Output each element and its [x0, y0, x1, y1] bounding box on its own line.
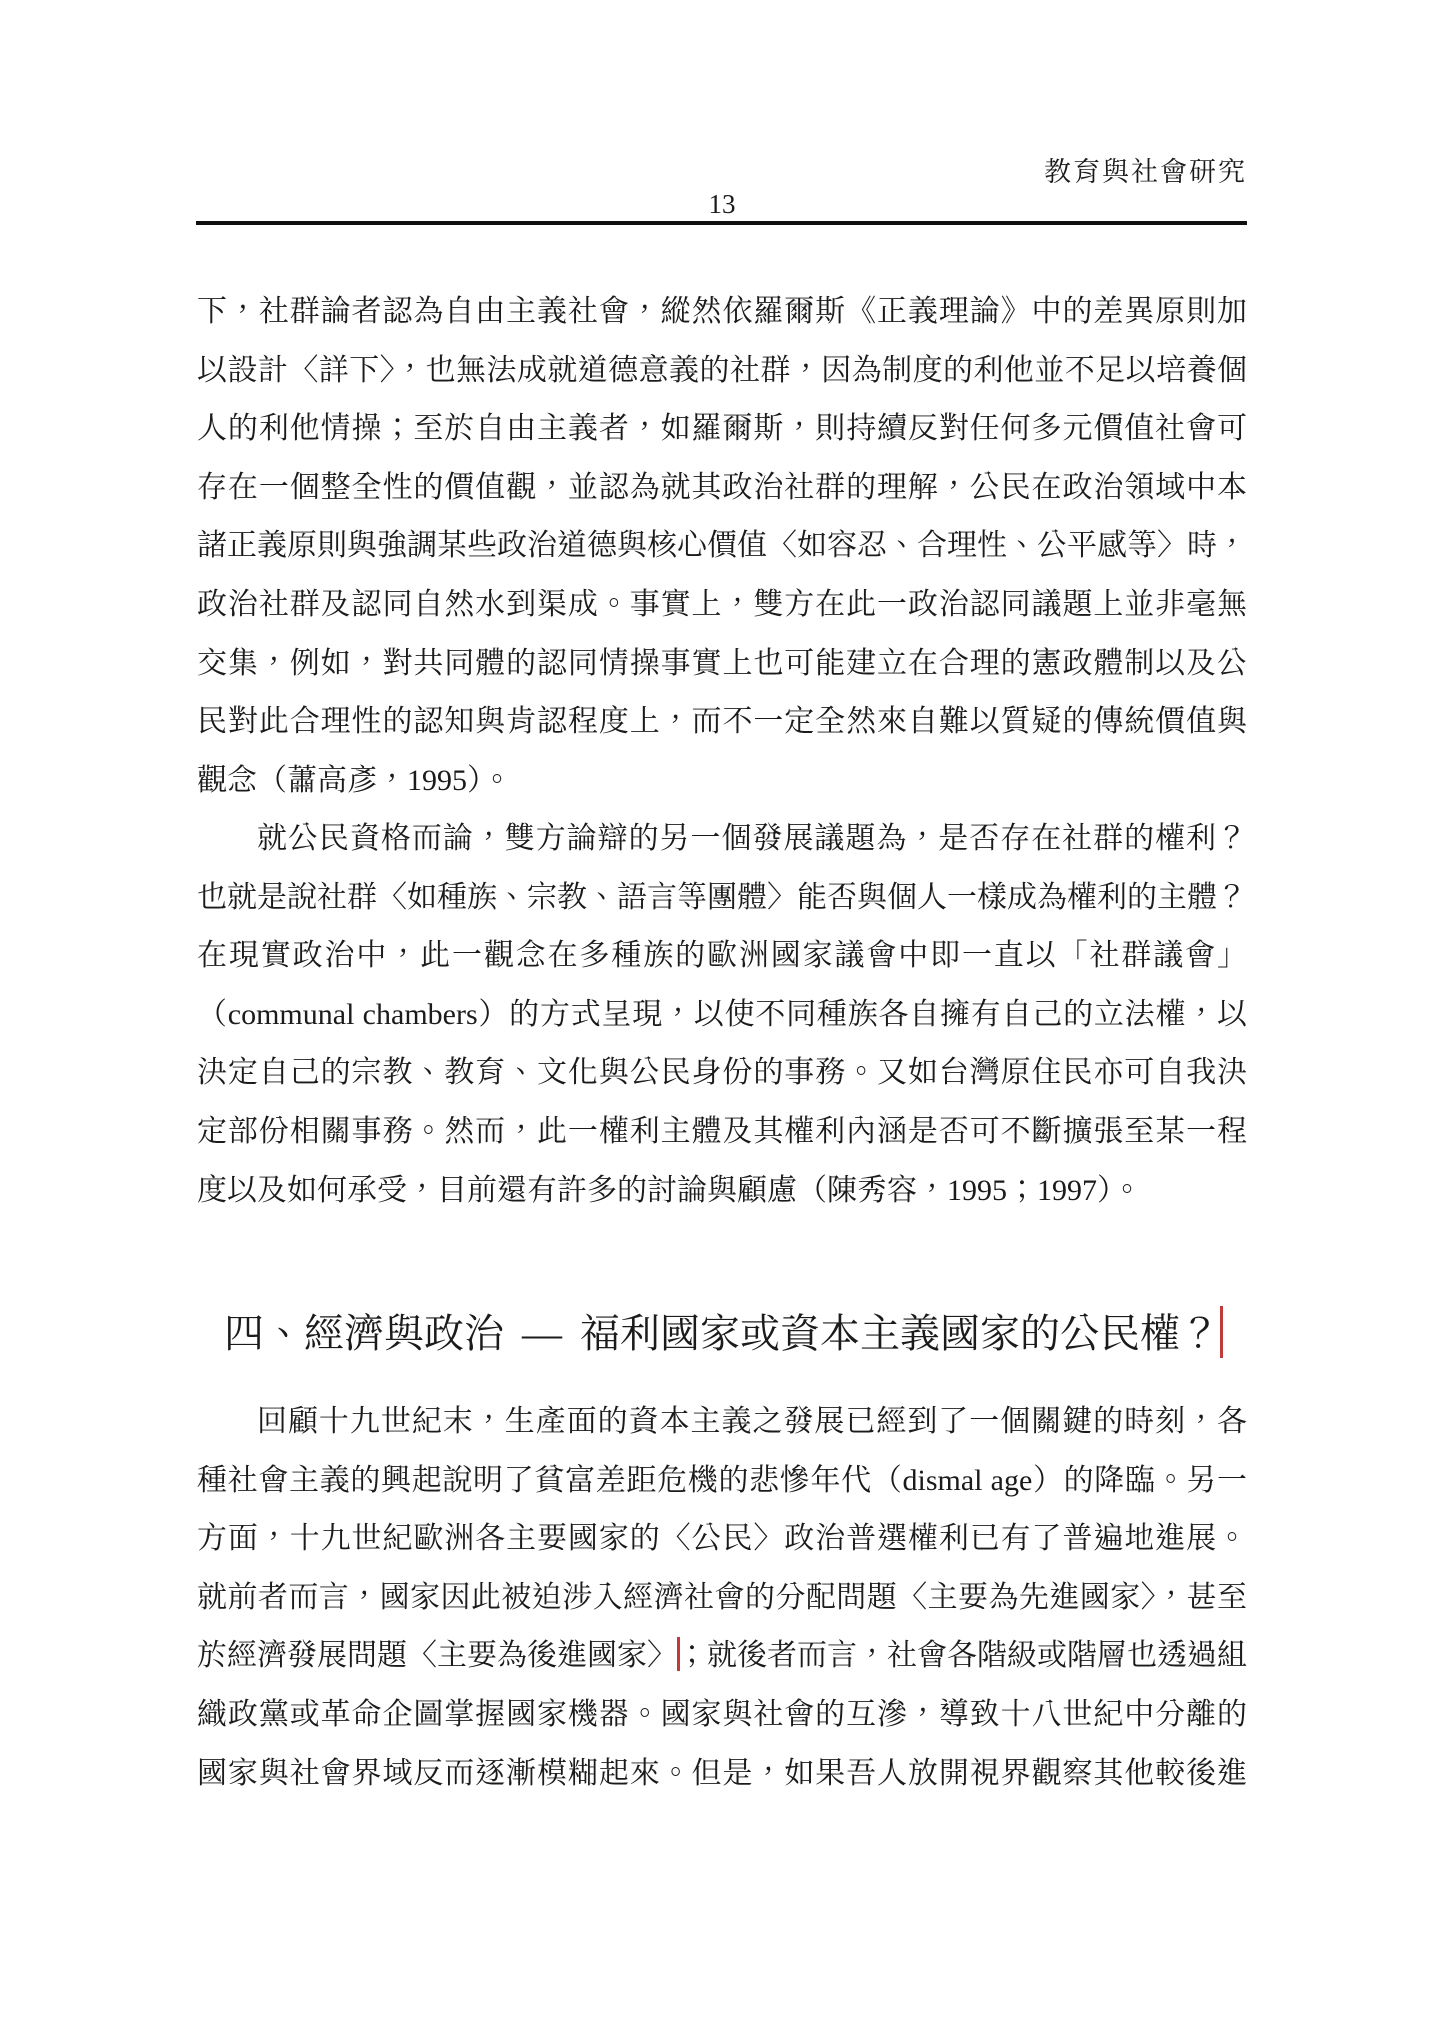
- text-line[interactable]: 回顧十九世紀末，生產面的資本主義之發展已經到了一個關鍵的時刻，各: [197, 1393, 1247, 1452]
- text-line[interactable]: （communal chambers）的方式呈現，以使不同種族各自擁有自己的立法…: [197, 986, 1247, 1045]
- text-line[interactable]: 諸正義原則與強調某些政治道德與核心價值〈如容忍、合理性、公平感等〉時，: [197, 517, 1247, 576]
- section-heading[interactable]: 四、經濟與政治 — 福利國家或資本主義國家的公民權？: [197, 1306, 1247, 1360]
- text-line[interactable]: 也就是說社群〈如種族、宗教、語言等團體〉能否與個人一樣成為權利的主體？: [197, 869, 1247, 928]
- text-line[interactable]: 存在一個整全性的價值觀，並認為就其政治社群的理解，公民在政治領域中本: [197, 459, 1247, 518]
- paragraph-2: 就公民資格而論，雙方論辯的另一個發展議題為，是否存在社群的權利？ 也就是說社群〈…: [197, 810, 1247, 1220]
- text-line[interactable]: 交集，例如，對共同體的認同情操事實上也可能建立在合理的憲政體制以及公: [197, 635, 1247, 694]
- text-line[interactable]: 民對此合理性的認知與肯認程度上，而不一定全然來自難以質疑的傳統價值與: [197, 693, 1247, 752]
- header-rule: [196, 221, 1247, 225]
- text-cursor: [1220, 1306, 1223, 1358]
- text-line[interactable]: 觀念（蕭高彥，1995）。: [197, 752, 1247, 811]
- text-line[interactable]: 定部份相關事務。然而，此一權利主體及其權利內涵是否可不斷擴張至某一程: [197, 1103, 1247, 1162]
- text-line[interactable]: 下，社群論者認為自由主義社會，縱然依羅爾斯《正義理論》中的差異原則加: [197, 283, 1247, 342]
- text-segment: 於經濟發展問題〈主要為後進國家〉: [197, 1639, 677, 1672]
- text-line[interactable]: 度以及如何承受，目前還有許多的討論與顧慮（陳秀容，1995；1997）。: [197, 1162, 1247, 1221]
- text-line[interactable]: 就公民資格而論，雙方論辯的另一個發展議題為，是否存在社群的權利？: [197, 810, 1247, 869]
- text-line[interactable]: 決定自己的宗教、教育、文化與公民身份的事務。又如台灣原住民亦可自我決: [197, 1044, 1247, 1103]
- text-line[interactable]: 以設計〈詳下〉，也無法成就道德意義的社群，因為制度的利他並不足以培養個: [197, 342, 1247, 401]
- text-line[interactable]: 就前者而言，國家因此被迫涉入經濟社會的分配問題〈主要為先進國家〉，甚至: [197, 1569, 1247, 1628]
- page-number: 13: [197, 189, 1247, 220]
- text-line[interactable]: 國家與社會界域反而逐漸模糊起來。但是，如果吾人放開視界觀察其他較後進: [197, 1745, 1247, 1804]
- text-line[interactable]: 種社會主義的興起說明了貧富差距危機的悲慘年代（dismal age）的降臨。另一: [197, 1452, 1247, 1511]
- text-line[interactable]: 在現實政治中，此一觀念在多種族的歐洲國家議會中即一直以「社群議會」: [197, 927, 1247, 986]
- text-line[interactable]: 方面，十九世紀歐洲各主要國家的〈公民〉政治普選權利已有了普遍地進展。: [197, 1510, 1247, 1569]
- text-line[interactable]: 政治社群及認同自然水到渠成。事實上，雙方在此一政治認同議題上並非毫無: [197, 576, 1247, 635]
- section-heading-text: 四、經濟與政治 — 福利國家或資本主義國家的公民權？: [224, 1311, 1220, 1356]
- journal-title: 教育與社會研究: [197, 150, 1247, 189]
- text-line-with-cursor[interactable]: 於經濟發展問題〈主要為後進國家〉；就後者而言，社會各階級或階層也透過組: [197, 1627, 1247, 1686]
- paragraph-1: 下，社群論者認為自由主義社會，縱然依羅爾斯《正義理論》中的差異原則加 以設計〈詳…: [197, 283, 1247, 810]
- paragraph-3: 回顧十九世紀末，生產面的資本主義之發展已經到了一個關鍵的時刻，各 種社會主義的興…: [197, 1393, 1247, 1803]
- text-line[interactable]: 人的利他情操；至於自由主義者，如羅爾斯，則持續反對任何多元價值社會可: [197, 400, 1247, 459]
- text-segment: ；就後者而言，社會各階級或階層也透過組: [677, 1639, 1247, 1672]
- document-page: 教育與社會研究 13 下，社群論者認為自由主義社會，縱然依羅爾斯《正義理論》中的…: [0, 0, 1434, 2024]
- text-line[interactable]: 織政黨或革命企圖掌握國家機器。國家與社會的互滲，導致十八世紀中分離的: [197, 1686, 1247, 1745]
